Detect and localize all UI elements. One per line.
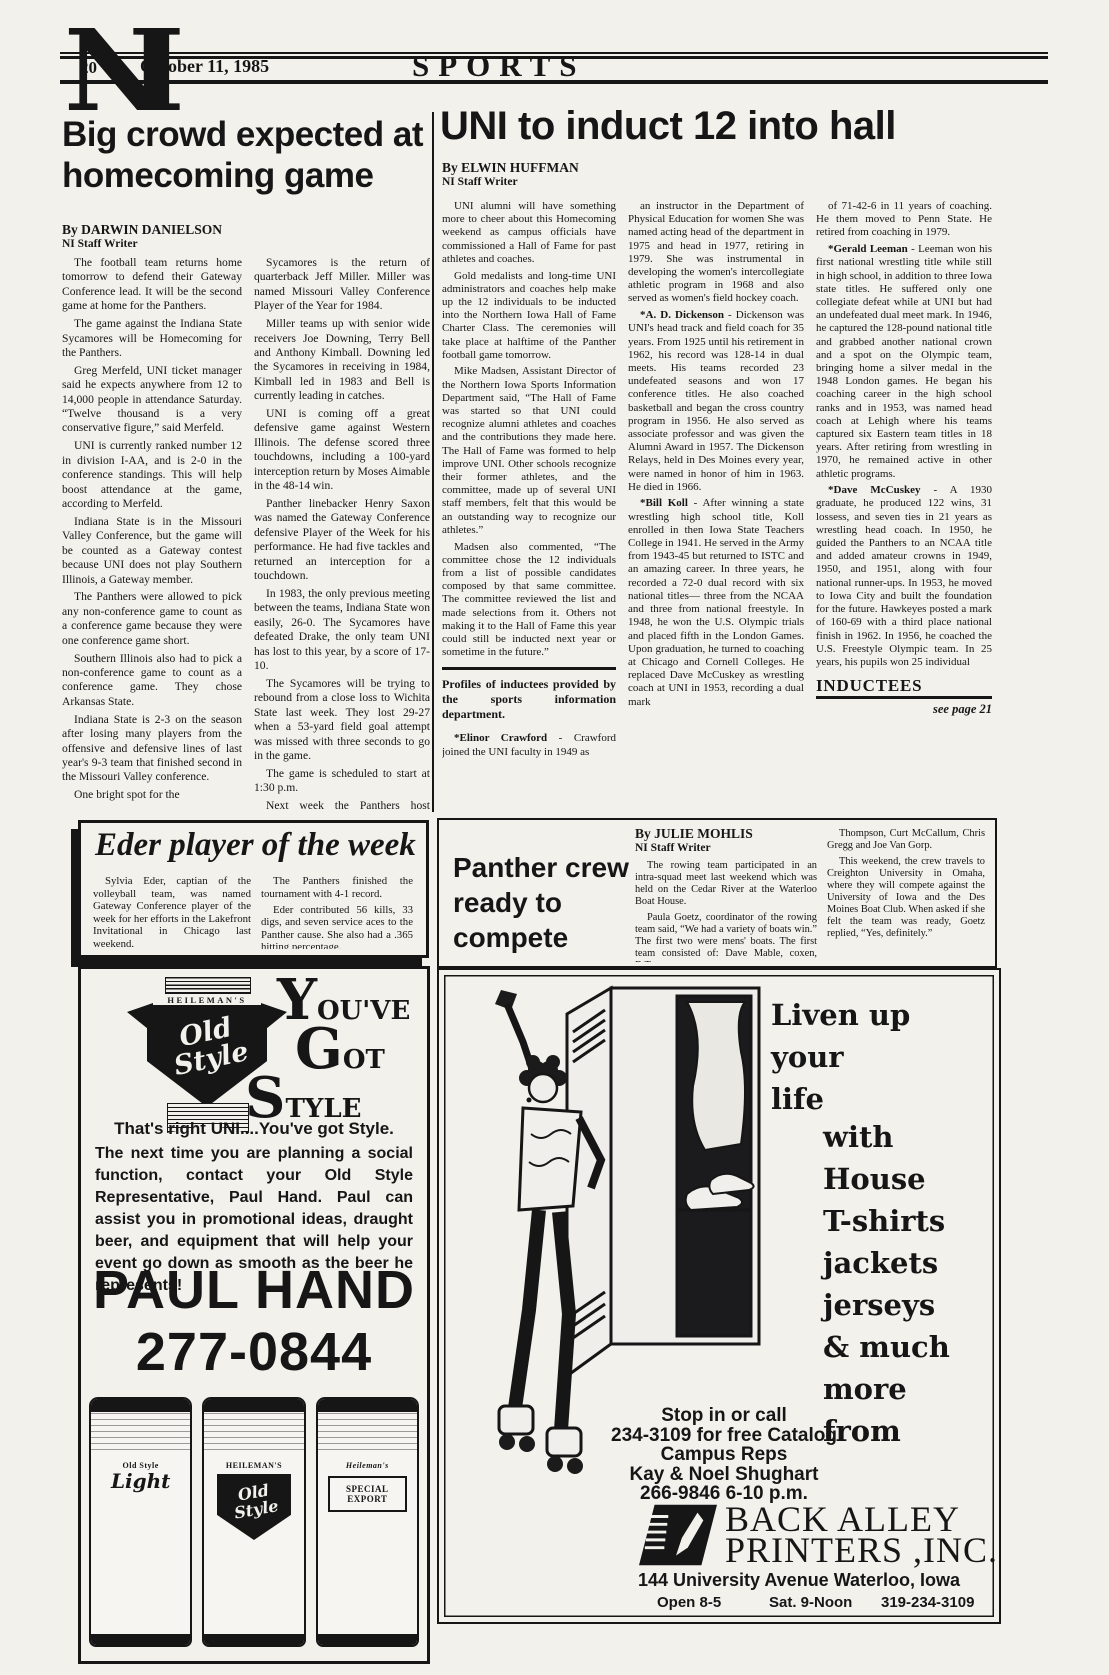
old-style-banner-icon <box>165 977 251 994</box>
hall-article-headline: UNI to induct 12 into hall <box>440 104 1005 148</box>
crew-article-column-2: Thompson, Curt McCallum, Chris Gregg and… <box>827 828 985 962</box>
newspaper-page: NI 20 October 11, 1985 SPORTS Big crowd … <box>0 0 1109 1675</box>
hours-weekday: Open 8-5 <box>657 1594 721 1611</box>
hours-phone: 319-234-3109 <box>881 1594 974 1611</box>
can-small-text: HEILEMAN'S <box>209 1461 298 1470</box>
hours-saturday: Sat. 9-Noon <box>769 1594 852 1611</box>
old-style-maker-label: HEILEMAN'S <box>125 995 289 1005</box>
section-title: SPORTS <box>412 48 586 84</box>
hall-col1-continued: *Elinor Crawford - Crawford joined the U… <box>442 732 616 758</box>
youve-got-style-slogan: You'veGotStyle <box>277 981 417 1128</box>
crew-article-byline-role: NI Staff Writer <box>635 842 711 855</box>
can-bottom-band <box>318 1634 417 1645</box>
can-bottom-band <box>91 1634 190 1645</box>
hall-article-column-3: of 71-42-6 in 11 years of coaching. He t… <box>816 200 992 816</box>
can-bottom-band <box>204 1634 303 1645</box>
lead-article-column-1: The football team returns home tomorrow … <box>62 256 242 814</box>
rep-name-display: PAUL HAND <box>81 1259 427 1321</box>
hall-article-byline-role: NI Staff Writer <box>442 176 518 189</box>
can-main-text: SPECIAL EXPORT <box>328 1476 408 1512</box>
contact-info-block: Stop in or call234-3109 for free Catalog… <box>579 1406 869 1504</box>
back-alley-logo-row: BACK ALLEY PRINTERS ,INC. <box>639 1504 998 1566</box>
inductee-profiles-note: Profiles of inductees provided by the sp… <box>442 667 616 722</box>
can-small-text: Heileman's <box>323 1461 412 1470</box>
lead-article-column-2: Sycamores is the return of quarterback J… <box>254 256 430 816</box>
street-address: 144 University Avenue Waterloo, Iowa <box>619 1570 979 1591</box>
can-top-band <box>91 1399 190 1412</box>
rep-phone-display: 277-0844 <box>81 1321 427 1383</box>
hall-article-column-1: UNI alumni will have something more to c… <box>442 200 616 816</box>
eder-player-box: Eder player of the week Sylvia Eder, cap… <box>78 820 429 958</box>
see-page-reference: see page 21 <box>816 703 992 716</box>
can-label: HEILEMAN'S Old Style <box>209 1461 298 1540</box>
inductees-teaser: INDUCTEES see page 21 <box>816 679 992 716</box>
lead-article-byline-role: NI Staff Writer <box>62 238 138 251</box>
hall-col3-paragraphs: of 71-42-6 in 11 years of coaching. He t… <box>816 200 992 669</box>
beer-can-special-export: Heileman's SPECIAL EXPORT <box>316 1397 419 1647</box>
liven-up-headline: Liven upyourlife <box>771 994 910 1120</box>
issue-date: October 11, 1985 <box>140 56 269 77</box>
inductees-label: INDUCTEES <box>816 679 992 699</box>
hall-article-byline: By ELWIN HUFFMAN <box>442 160 579 175</box>
beer-cans-row: Old Style Light HEILEMAN'S Old Style <box>89 1397 419 1647</box>
panther-crew-box: Panther crew ready to compete By JULIE M… <box>437 818 997 968</box>
hall-col1-paragraphs: UNI alumni will have something more to c… <box>442 200 616 659</box>
can-main-text: Old Style <box>214 1468 295 1524</box>
can-top-band <box>204 1399 303 1412</box>
page-number: 20 <box>80 58 97 78</box>
eder-box-title: Eder player of the week <box>95 827 416 864</box>
old-style-copy-lead: That's right UNI....You've got Style. <box>95 1119 413 1139</box>
can-main-text: Light <box>96 1470 185 1492</box>
can-label: Old Style Light <box>96 1461 185 1492</box>
back-alley-ad: Liven upyourlife withHouseT-shirtsjacket… <box>437 968 1001 1624</box>
crew-article-headline: Panther crew ready to compete <box>453 850 631 955</box>
beer-can-old-style: HEILEMAN'S Old Style <box>202 1397 305 1647</box>
can-top-band <box>318 1399 417 1412</box>
can-shield-icon: Old Style <box>217 1474 291 1540</box>
ni-masthead-logo: NI <box>64 22 151 122</box>
can-stripes <box>204 1412 303 1450</box>
can-label: Heileman's SPECIAL EXPORT <box>323 1461 412 1512</box>
merch-item-list: withHouseT-shirtsjacketsjerseys& muchmor… <box>823 1116 950 1452</box>
hall-article-column-2: an instructor in the Department of Physi… <box>628 200 804 816</box>
crew-article-byline: By JULIE MOHLIS <box>635 826 753 841</box>
lead-article-byline: By DARWIN DANIELSON <box>62 222 222 237</box>
can-stripes <box>91 1412 190 1450</box>
back-alley-printers-logo-icon <box>639 1504 717 1566</box>
can-stripes <box>318 1412 417 1450</box>
eder-box-column-1: Sylvia Eder, captian of the volleyball t… <box>93 875 251 949</box>
beer-can-light: Old Style Light <box>89 1397 192 1647</box>
company-name: BACK ALLEY PRINTERS ,INC. <box>725 1504 998 1566</box>
company-line-2: PRINTERS ,INC. <box>725 1535 998 1566</box>
old-style-ad: HEILEMAN'S Old Style You'veGotStyle That… <box>78 966 430 1664</box>
crew-article-column-1: The rowing team participated in an intra… <box>635 860 817 962</box>
eder-box-column-2: The Panthers finished the tournament wit… <box>261 875 413 949</box>
column-divider-rule <box>432 112 434 812</box>
